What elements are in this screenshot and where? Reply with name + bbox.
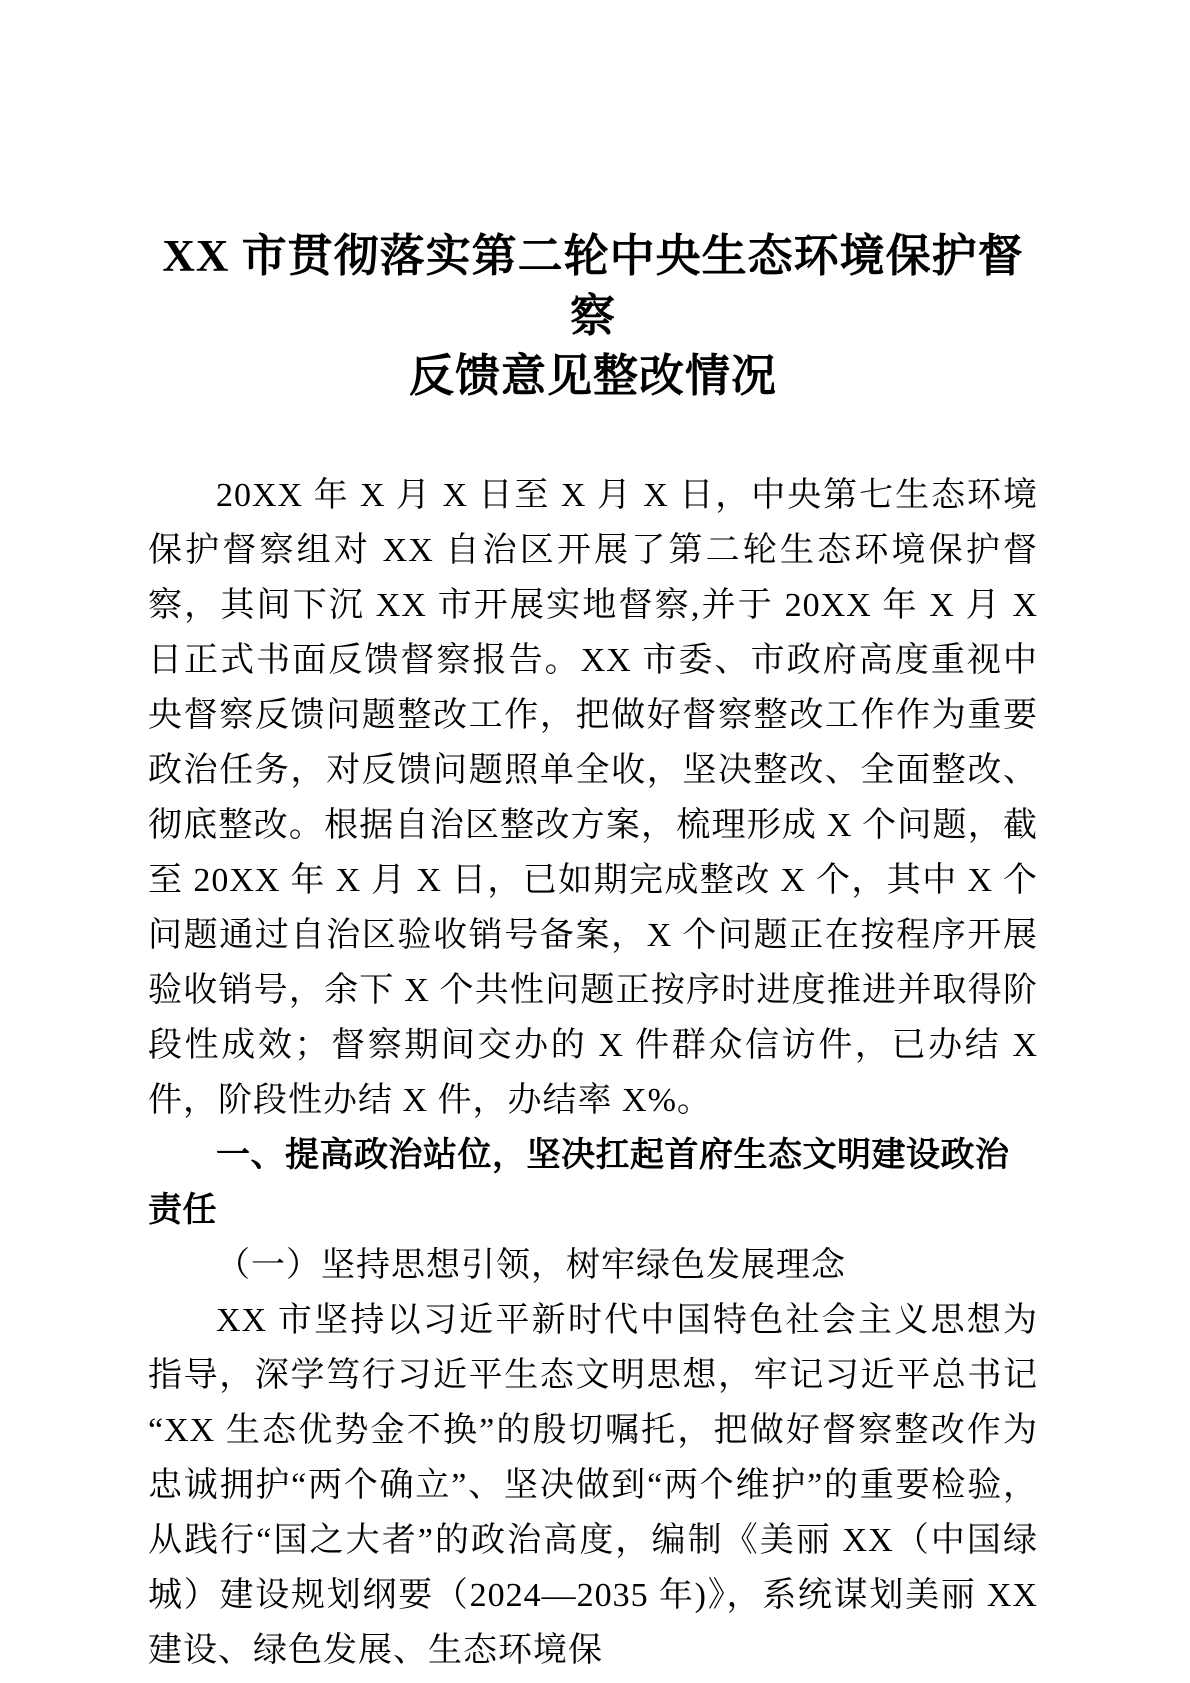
document-title-line-2: 反馈意见整改情况 [148, 346, 1038, 406]
section-heading-1: 一、提高政治站位，坚决扛起首府生态文明建设政治责任 [148, 1128, 1038, 1238]
paragraph-overview: 20XX 年 X 月 X 日至 X 月 X 日，中央第七生态环境保护督察组对 X… [148, 468, 1038, 1128]
document-page: XX 市贯彻落实第二轮中央生态环境保护督察 反馈意见整改情况 20XX 年 X … [0, 0, 1190, 1683]
subsection-heading-1-1: （一）坚持思想引领，树牢绿色发展理念 [148, 1238, 1038, 1293]
document-title: XX 市贯彻落实第二轮中央生态环境保护督察 反馈意见整改情况 [148, 226, 1038, 406]
paragraph-section-1-1: XX 市坚持以习近平新时代中国特色社会主义思想为指导，深学笃行习近平生态文明思想… [148, 1293, 1038, 1678]
document-title-line-1: XX 市贯彻落实第二轮中央生态环境保护督察 [148, 226, 1038, 346]
